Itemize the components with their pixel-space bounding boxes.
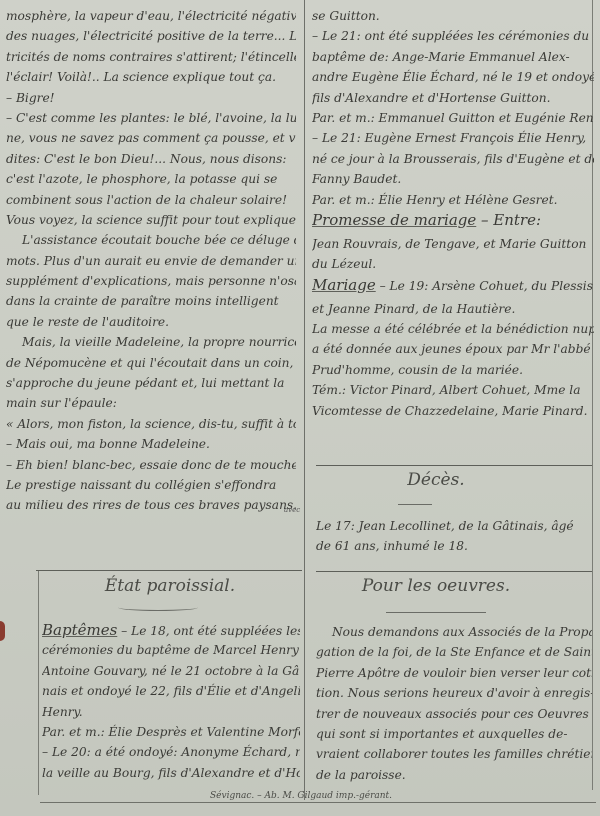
text-line: fils d'Alexandre et d'Hortense Guitton. (312, 88, 594, 108)
text-line: Fanny Baudet. (312, 169, 594, 189)
text-line: Le prestige naissant du collégien s'effo… (6, 475, 296, 495)
text-line: Henry. (42, 702, 300, 722)
text-line: gation de la foi, de la Ste Enfance et d… (316, 642, 592, 662)
section-divider (316, 465, 592, 466)
text-line: s'approche du jeune pédant et, lui metta… (6, 373, 296, 393)
text-line: Par. et m.: Élie Desprès et Valentine Mo… (42, 722, 300, 742)
text-line: La messe a été célébrée et la bénédictio… (312, 319, 594, 339)
text-line: dans la crainte de paraître moins intell… (6, 291, 296, 311)
text-line: supplément d'explications, mais personne… (6, 271, 296, 291)
promesse-lines: Jean Rouvrais, de Tengave, et Marie Guit… (312, 234, 594, 275)
story-text: mosphère, la vapeur d'eau, l'électricité… (6, 6, 296, 516)
column-divider (304, 0, 305, 800)
text-line: Vous voyez, la science suffit pour tout … (6, 210, 296, 230)
mariage-lines: et Jeanne Pinard, de la Hautière.La mess… (312, 299, 594, 421)
text-line: – Le 21: ont été suppléées les cérémonie… (312, 26, 594, 46)
text-line: combinent sous l'action de la chaleur so… (6, 190, 296, 210)
text-line: né ce jour à la Brousserais, fils d'Eugè… (312, 149, 594, 169)
text-line: mots. Plus d'un aurait eu envie de deman… (6, 251, 296, 271)
text-line: de Népomucène et qui l'écoutait dans un … (6, 353, 296, 373)
text-line: se Guitton. (312, 6, 594, 26)
text-line: Antoine Gouvary, né le 21 octobre à la G… (42, 661, 300, 681)
text-line: vraient collaborer toutes les familles c… (316, 744, 592, 764)
title-flourish (118, 604, 198, 611)
deces-section: Le 17: Jean Lecollinet, de la Gâtinais, … (316, 516, 592, 557)
text-line: ne, vous ne savez pas comment ça pousse,… (6, 128, 296, 148)
promesse-heading: Promesse de mariage (312, 211, 476, 229)
right-column: se Guitton.– Le 21: ont été suppléées le… (312, 6, 594, 421)
text-line: – Bigre! (6, 88, 296, 108)
promesse-entre: – Entre: (476, 211, 541, 229)
right-bapteme-lines: se Guitton.– Le 21: ont été suppléées le… (312, 6, 594, 210)
baptemes-lines: cérémonies du baptême de Marcel Henry Él… (42, 640, 300, 783)
text-line: c'est l'azote, le phosphore, la potasse … (6, 169, 296, 189)
oeuvres-lines: Nous demandons aux Associés de la Propa-… (316, 622, 592, 785)
text-line: Vicomtesse de Chazzedelaine, Marie Pinar… (312, 401, 594, 421)
baptemes-heading: Baptêmes (42, 621, 117, 639)
text-line: dites: C'est le bon Dieu!... Nous, nous … (6, 149, 296, 169)
text-line: main sur l'épaule: (6, 393, 296, 413)
etat-paroissial-title: État paroissial. (40, 576, 300, 596)
text-line: – Eh bien! blanc-bec, essaie donc de te … (6, 455, 296, 475)
text-line: Nous demandons aux Associés de la Propa- (316, 622, 592, 642)
text-line: Jean Rouvrais, de Tengave, et Marie Guit… (312, 234, 594, 254)
deces-title: Décès. (316, 470, 556, 490)
text-line: des nuages, l'électricité positive de la… (6, 26, 296, 46)
text-line: L'assistance écoutait bouche bée ce délu… (6, 230, 296, 250)
text-line: mosphère, la vapeur d'eau, l'électricité… (6, 6, 296, 26)
text-line: cérémonies du baptême de Marcel Henry Él… (42, 640, 300, 660)
oeuvres-title: Pour les oeuvres. (316, 576, 556, 596)
text-line: tion. Nous serions heureux d'avoir à enr… (316, 683, 592, 703)
text-line: – Le 21: Eugène Ernest François Élie Hen… (312, 128, 594, 148)
text-line: Par. et m.: Élie Henry et Hélène Gesret. (312, 190, 594, 210)
text-line: Prud'homme, cousin de la mariée. (312, 360, 594, 380)
text-line: Le 17: Jean Lecollinet, de la Gâtinais, … (316, 516, 592, 536)
text-line: que le reste de l'auditoire. (6, 312, 296, 332)
margin-note: avec (284, 506, 300, 514)
baptemes-section: Baptêmes – Le 18, ont été suppléées les … (42, 620, 300, 783)
red-margin-mark (0, 621, 5, 641)
text-line: – Mais oui, ma bonne Madeleine. (6, 434, 296, 454)
left-column: mosphère, la vapeur d'eau, l'électricité… (6, 6, 296, 516)
deces-lines: Le 17: Jean Lecollinet, de la Gâtinais, … (316, 516, 592, 557)
bulletin-page: mosphère, la vapeur d'eau, l'électricité… (0, 0, 600, 816)
text-line: et Jeanne Pinard, de la Hautière. (312, 299, 594, 319)
text-line: Pierre Apôtre de vouloir bien verser leu… (316, 663, 592, 683)
mariage-first-line: – Le 19: Arsène Cohuet, du Plessis (376, 279, 593, 293)
section-divider (316, 571, 592, 572)
bottom-rule (40, 802, 596, 803)
title-flourish (398, 504, 432, 505)
text-line: – Le 20: a été ondoyé: Anonyme Échard, n… (42, 742, 300, 762)
text-line: qui sont si importantes et auxquelles de… (316, 724, 592, 744)
text-line: – C'est comme les plantes: le blé, l'avo… (6, 108, 296, 128)
text-line: de la paroisse. (316, 765, 592, 785)
text-line: nais et ondoyé le 22, fils d'Élie et d'A… (42, 681, 300, 701)
text-line: la veille au Bourg, fils d'Alexandre et … (42, 763, 300, 783)
text-line: au milieu des rires de tous ces braves p… (6, 495, 296, 515)
text-line: Par. et m.: Emmanuel Guitton et Eugénie … (312, 108, 594, 128)
text-line: Mais, la vieille Madeleine, la propre no… (6, 332, 296, 352)
mariage-heading: Mariage (312, 276, 376, 294)
baptemes-line: – Le 18, ont été suppléées les (117, 624, 300, 638)
text-line: andre Eugène Élie Échard, né le 19 et on… (312, 67, 594, 87)
text-line: tricités de noms contraires s'attirent; … (6, 47, 296, 67)
text-line: de 61 ans, inhumé le 18. (316, 536, 592, 556)
section-divider (36, 570, 302, 571)
left-border (38, 570, 39, 795)
text-line: l'éclair! Voilà!.. La science explique t… (6, 67, 296, 87)
text-line: Tém.: Victor Pinard, Albert Cohuet, Mme … (312, 380, 594, 400)
oeuvres-section: Nous demandons aux Associés de la Propa-… (316, 622, 592, 785)
text-line: a été donnée aux jeunes époux par Mr l'a… (312, 339, 594, 359)
text-line: « Alors, mon fiston, la science, dis-tu,… (6, 414, 296, 434)
printer-imprint: Sévignac. – Ab. M. Gilgaud imp.-gérant. (210, 791, 392, 801)
text-line: trer de nouveaux associés pour ces Oeuvr… (316, 704, 592, 724)
title-flourish (386, 612, 486, 613)
text-line: du Lézeul. (312, 254, 594, 274)
text-line: baptême de: Ange-Marie Emmanuel Alex- (312, 47, 594, 67)
